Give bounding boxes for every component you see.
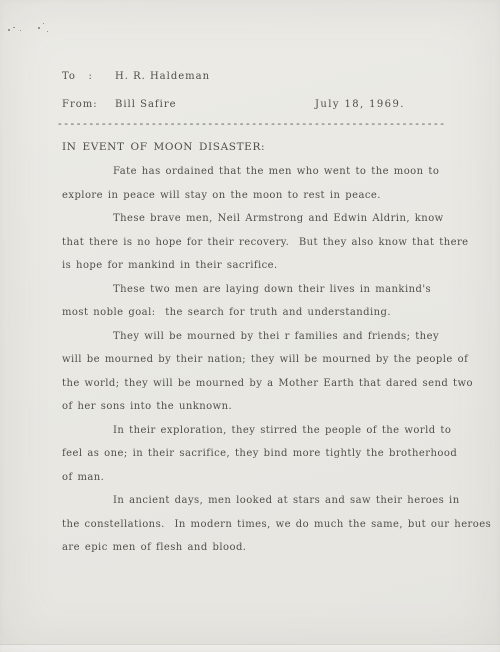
body-line: feel as one; in their sacrifice, they bi…: [62, 442, 466, 466]
body-line: These brave men, Neil Armstrong and Edwi…: [62, 207, 466, 231]
body-line: of man.: [62, 466, 466, 490]
to-value: H. R. Haldeman: [115, 71, 210, 82]
body-line: In ancient days, men looked at stars and…: [62, 489, 466, 513]
paper-bottom-edge: [0, 645, 500, 652]
body-line: These two men are laying down their live…: [62, 278, 466, 302]
subject-line: IN EVENT OF MOON DISASTER:: [62, 141, 265, 153]
to-label: To :: [62, 71, 93, 82]
from-label: From:: [62, 99, 98, 110]
ink-speck: [13, 27, 15, 28]
body-line: will be mourned by their nation; they wi…: [62, 348, 466, 372]
body-line: of her sons into the unknown.: [62, 395, 466, 419]
memo-header-from-row: From: Bill Safire July 18, 1969.: [62, 99, 79, 113]
body-line: is hope for mankind in their sacrifice.: [62, 254, 466, 278]
body-line: In their exploration, they stirred the p…: [62, 419, 466, 443]
memo-body: Fate has ordained that the men who went …: [62, 160, 466, 560]
ink-speck: [47, 31, 48, 32]
from-value: Bill Safire: [115, 99, 177, 110]
body-line: the constellations. In modern times, we …: [62, 513, 466, 537]
memo-header-to-row: To : H. R. Haldeman: [62, 71, 79, 85]
dashed-divider: ----------------------------------------…: [58, 117, 447, 130]
body-line: the world; they will be mourned by a Mot…: [62, 372, 466, 396]
ink-speck: [38, 27, 40, 29]
body-line: They will be mourned by thei r families …: [62, 325, 466, 349]
ink-speck: [43, 23, 44, 24]
memo-page: To : H. R. Haldeman From: Bill Safire Ju…: [0, 0, 500, 652]
ink-speck: [8, 29, 10, 31]
body-line: that there is no hope for their recovery…: [62, 231, 466, 255]
ink-speck: [20, 30, 21, 31]
body-line: Fate has ordained that the men who went …: [62, 160, 466, 184]
body-line: explore in peace will stay on the moon t…: [62, 184, 466, 208]
body-line: most noble goal: the search for truth an…: [62, 301, 466, 325]
memo-date: July 18, 1969.: [315, 99, 405, 110]
body-line: are epic men of flesh and blood.: [62, 536, 466, 560]
